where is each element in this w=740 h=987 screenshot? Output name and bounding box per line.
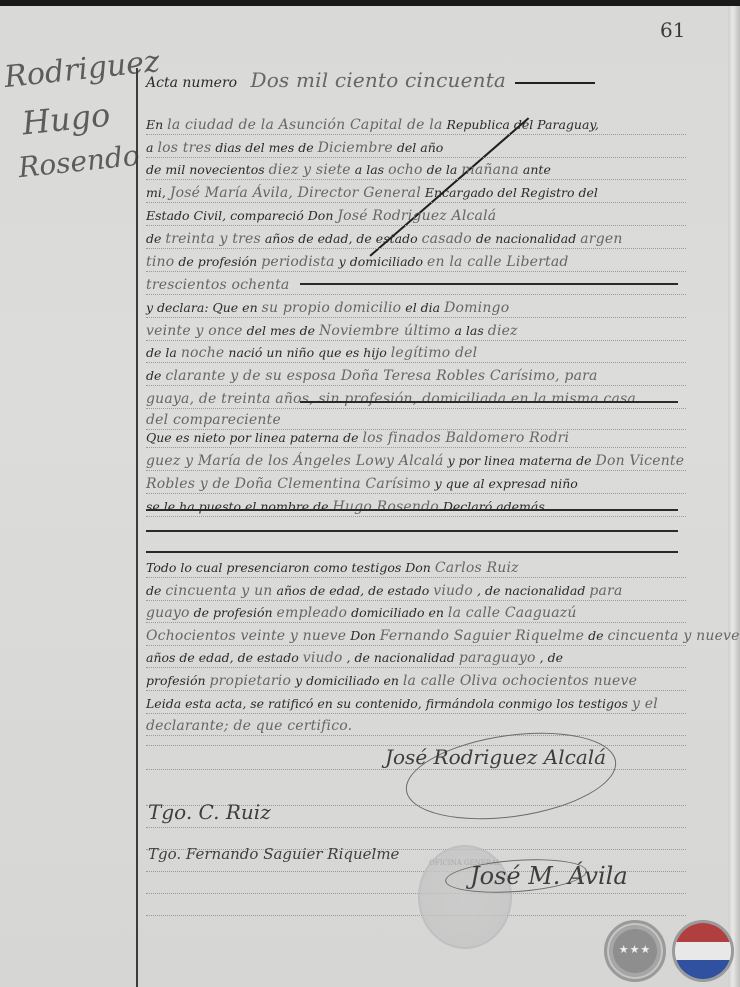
handwritten-entry: en la calle Libertad (427, 254, 569, 270)
lines-line: de mil novecientos diez y siete a las oc… (146, 162, 551, 184)
printed-label: de la (146, 345, 177, 360)
handwritten-entry: veinte y once (146, 323, 243, 339)
handwritten-entry: casado (422, 231, 472, 247)
lines-line: tino de profesión periodista y domicilia… (146, 254, 569, 276)
printed-label: el dia (405, 300, 440, 315)
signature-line (146, 892, 686, 894)
archive-seal-flag (672, 920, 734, 982)
lines-line: guez y María de los Ángeles Lowy Alcalá … (146, 453, 684, 475)
lines-line: Que es nieto por linea paterna de los fi… (146, 430, 569, 452)
handwritten-entry: diez (488, 323, 518, 339)
printed-label: a (146, 140, 153, 155)
archive-seal-stars: ★★★ (604, 920, 666, 982)
witnesses-line: Todo lo cual presenciaron como testigos … (146, 560, 519, 582)
printed-label: se le ha puesto el nombre de (146, 499, 329, 514)
handwritten-entry: Fernando Saguier Riquelme (380, 628, 584, 644)
printed-label: de profesión (194, 605, 273, 620)
handwritten-entry: tino (146, 254, 174, 270)
lines-line: veinte y once del mes de Noviembre últim… (146, 323, 518, 345)
witnesses-line: Ochocientos veinte y nueve Don Fernando … (146, 628, 740, 650)
printed-label: años de edad, de estado (146, 650, 299, 665)
lines-line: Robles y de Doña Clementina Carísimo y q… (146, 476, 578, 498)
handwritten-entry: empleado (277, 605, 348, 621)
handwritten-entry: José María Ávila, Director General (170, 185, 421, 201)
handwritten-entry: cincuenta y nueve (607, 628, 739, 644)
witnesses-line: declarante; de que certifico. (146, 718, 352, 740)
printed-label: años de edad, de estado (277, 583, 430, 598)
acta-label: Acta numero (146, 75, 237, 91)
blank-rule (146, 509, 678, 511)
flag-band (675, 942, 731, 961)
official-signature: José M. Ávila (470, 862, 628, 890)
printed-label: expresad niño (489, 476, 578, 491)
handwritten-entry: viudo (303, 650, 343, 666)
lines-line: y declara: Que en su propio domicilio el… (146, 300, 509, 322)
printed-label: ante (523, 162, 551, 177)
printed-label: , de (540, 650, 563, 665)
witness-1-signature: Tgo. C. Ruiz (148, 800, 271, 824)
witnesses-line: guayo de profesión empleado domiciliado … (146, 605, 577, 627)
printed-label: años de edad, de estado (265, 231, 418, 246)
printed-label: de (146, 368, 161, 383)
lines-line: mi, José María Ávila, Director General E… (146, 185, 598, 207)
handwritten-entry: paraguayo (459, 650, 536, 666)
margin-rule (136, 68, 138, 987)
blank-rule (146, 530, 678, 532)
printed-label: de (146, 583, 161, 598)
printed-label: profesión (146, 673, 206, 688)
printed-label: Declaró además (443, 499, 545, 514)
lines-line: de treinta y tres años de edad, de estad… (146, 231, 623, 253)
lines-line: Estado Civil, compareció Don José Rodrig… (146, 208, 496, 230)
handwritten-entry: los finados Baldomero Rodri (362, 430, 569, 446)
handwritten-entry: Domingo (444, 300, 509, 316)
printed-label: y que al (435, 476, 485, 491)
fill-rule (300, 283, 678, 285)
fill-rule (515, 82, 595, 84)
handwritten-entry: José Rodriguez Alcalá (337, 208, 496, 224)
handwritten-entry: guaya, de treinta años, sin profesión, d… (146, 391, 636, 407)
handwritten-entry: clarante y de su esposa Doña Teresa Robl… (165, 368, 597, 384)
handwritten-entry: Noviembre último (319, 323, 451, 339)
printed-label: , de nacionalidad (347, 650, 455, 665)
handwritten-entry: ocho (388, 162, 423, 178)
page-edge (728, 6, 740, 987)
printed-label: nació un niño que es hijo (228, 345, 386, 360)
handwritten-entry: su propio domicilio (262, 300, 402, 316)
page-number: 61 (660, 18, 685, 42)
handwritten-entry: Carlos Ruiz (435, 560, 519, 576)
printed-label: de profesión (178, 254, 257, 269)
acta-header: Acta numero Dos mil ciento cincuenta (146, 68, 595, 90)
printed-label: de (588, 628, 603, 643)
printed-label: del mes de (247, 323, 315, 338)
handwritten-entry: Diciembre (318, 140, 393, 156)
handwritten-entry: argen (580, 231, 622, 247)
handwritten-entry: guez y María de los Ángeles Lowy Alcalá (146, 453, 444, 469)
printed-label: y por linea materna de (448, 453, 592, 468)
printed-label: de (146, 231, 161, 246)
handwritten-entry: diez y siete (269, 162, 351, 178)
witnesses-line: Leida esta acta, se ratificó en su conte… (146, 696, 658, 718)
printed-label: En (146, 117, 163, 132)
declarant-signature: José Rodriguez Alcalá (385, 745, 606, 769)
handwritten-entry: cincuenta y un (165, 583, 272, 599)
witnesses-line: de cincuenta y un años de edad, de estad… (146, 583, 623, 605)
handwritten-entry: mañana (461, 162, 519, 178)
witnesses-line: profesión propietario y domiciliado en l… (146, 673, 637, 695)
handwritten-entry: la calle Caaguazú (448, 605, 577, 621)
printed-label: domiciliado en (351, 605, 444, 620)
handwritten-entry: noche (181, 345, 225, 361)
handwritten-entry: Don Vicente (596, 453, 685, 469)
printed-label: y domiciliado en (295, 673, 399, 688)
handwritten-entry: trescientos ochenta (146, 277, 289, 293)
handwritten-entry: Robles y de Doña Clementina Carísimo (146, 476, 431, 492)
signature-line (146, 826, 686, 828)
lines-line: de la noche nació un niño que es hijo le… (146, 345, 477, 367)
lines-line: a los tres dias del mes de Diciembre del… (146, 140, 443, 162)
printed-label: Leida esta acta, se ratificó en su conte… (146, 696, 628, 711)
lines-line: de clarante y de su esposa Doña Teresa R… (146, 368, 598, 390)
printed-label: a las (455, 323, 484, 338)
handwritten-entry: declarante; de que certifico. (146, 718, 352, 734)
printed-label: Todo lo cual presenciaron como testigos … (146, 560, 431, 575)
printed-label: de la (427, 162, 458, 177)
printed-label: y domiciliado (339, 254, 423, 269)
printed-label: , de nacionalidad (477, 583, 585, 598)
signature-line (146, 914, 686, 916)
handwritten-entry: Hugo Rosendo (333, 499, 439, 515)
printed-label: a las (355, 162, 384, 177)
printed-label: de mil novecientos (146, 162, 265, 177)
printed-label: del año (397, 140, 443, 155)
stars-icon: ★★★ (607, 943, 663, 956)
lines-line: trescientos ochenta (146, 277, 289, 299)
handwritten-entry: viudo (433, 583, 473, 599)
witnesses-line: años de edad, de estado viudo , de nacio… (146, 650, 563, 672)
handwritten-entry: la calle Oliva ochocientos nueve (403, 673, 637, 689)
lines-line: En la ciudad de la Asunción Capital de l… (146, 117, 599, 139)
handwritten-entry: periodista (261, 254, 334, 270)
handwritten-entry: treinta y tres (165, 231, 260, 247)
handwritten-entry: guayo (146, 605, 190, 621)
handwritten-entry: y el (632, 696, 658, 712)
printed-label: Republica del Paraguay, (447, 117, 599, 132)
printed-label: de nacionalidad (476, 231, 576, 246)
printed-label: Encargado del Registro del (425, 185, 598, 200)
acta-number: Dos mil ciento cincuenta (250, 68, 506, 92)
printed-label: y declara: Que en (146, 300, 258, 315)
printed-label: Don (350, 628, 376, 643)
witness-2-signature: Tgo. Fernando Saguier Riquelme (148, 845, 399, 863)
printed-label: dias del mes de (215, 140, 313, 155)
printed-label: Que es nieto por linea paterna de (146, 430, 359, 445)
blank-rule (146, 551, 678, 553)
handwritten-entry: del compareciente (146, 412, 281, 428)
fill-rule (300, 401, 678, 403)
handwritten-entry: los tres (157, 140, 211, 156)
handwritten-entry: propietario (210, 673, 292, 689)
handwritten-entry: la ciudad de la Asunción Capital de la (167, 117, 442, 133)
handwritten-entry: para (589, 583, 622, 599)
printed-label: mi, (146, 185, 166, 200)
printed-label: Estado Civil, compareció Don (146, 208, 333, 223)
handwritten-entry: Ochocientos veinte y nueve (146, 628, 346, 644)
handwritten-entry: legítimo del (391, 345, 478, 361)
